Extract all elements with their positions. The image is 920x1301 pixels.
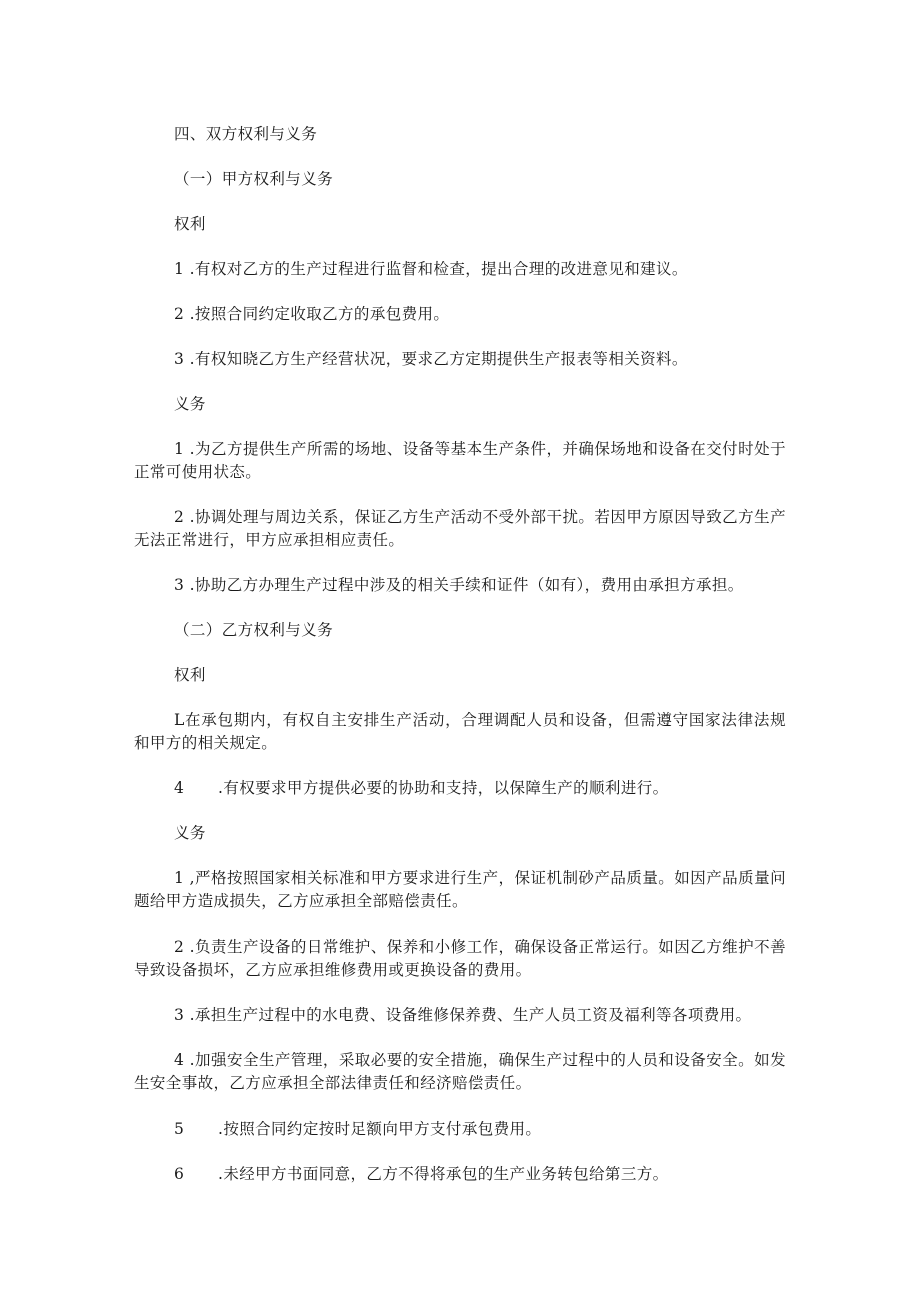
party-b-obligation-1: 1 ,严格按照国家相关标准和甲方要求进行生产，保证机制砂产品质量。如因产品质量问… [134, 867, 786, 913]
subsection-heading-party-b: （二）乙方权利与义务 [134, 619, 786, 642]
party-a-right-2: 2 .按照合同约定收取乙方的承包费用。 [134, 303, 786, 326]
subsection-heading-party-a: （一）甲方权利与义务 [134, 168, 786, 191]
party-b-obligation-3: 3 .承担生产过程中的水电费、设备维修保养费、生产人员工资及福利等各项费用。 [134, 1004, 786, 1027]
party-b-obligation-4: 4 .加强安全生产管理，采取必要的安全措施，确保生产过程中的人员和设备安全。如发… [134, 1049, 786, 1095]
party-b-right-1: L在承包期内，有权自主安排生产活动，合理调配人员和设备，但需遵守国家法律法规和甲… [134, 709, 786, 755]
party-b-obligation-5: 5.按照合同约定按时足额向甲方支付承包费用。 [134, 1118, 786, 1141]
item-number: 5 [174, 1118, 218, 1141]
item-text: .未经甲方书面同意，乙方不得将承包的生产业务转包给第三方。 [218, 1165, 669, 1183]
label-party-b-obligations: 义务 [134, 822, 786, 845]
label-party-b-rights: 权利 [134, 664, 786, 687]
item-text: .按照合同约定按时足额向甲方支付承包费用。 [218, 1120, 541, 1138]
party-a-obligation-2: 2 .协调处理与周边关系，保证乙方生产活动不受外部干扰。若因甲方原因导致乙方生产… [134, 506, 786, 552]
party-a-obligation-1: 1 .为乙方提供生产所需的场地、设备等基本生产条件，并确保场地和设备在交付时处于… [134, 438, 786, 484]
party-a-obligation-3: 3 .协助乙方办理生产过程中涉及的相关手续和证件（如有），费用由承担方承担。 [134, 574, 786, 597]
party-a-right-3: 3 .有权知晓乙方生产经营状况，要求乙方定期提供生产报表等相关资料。 [134, 348, 786, 371]
section-heading-rights-obligations: 四、双方权利与义务 [134, 123, 786, 146]
label-party-a-rights: 权利 [134, 213, 786, 236]
party-b-obligation-2: 2 .负责生产设备的日常维护、保养和小修工作，确保设备正常运行。如因乙方维护不善… [134, 936, 786, 982]
item-number: 4 [174, 777, 218, 800]
label-party-a-obligations: 义务 [134, 393, 786, 416]
item-text: .有权要求甲方提供必要的协助和支持，以保障生产的顺利进行。 [218, 779, 669, 797]
party-b-right-4: 4.有权要求甲方提供必要的协助和支持，以保障生产的顺利进行。 [134, 777, 786, 800]
party-b-obligation-6: 6.未经甲方书面同意，乙方不得将承包的生产业务转包给第三方。 [134, 1163, 786, 1186]
item-number: 6 [174, 1163, 218, 1186]
party-a-right-1: 1 .有权对乙方的生产过程进行监督和检查，提出合理的改进意见和建议。 [134, 258, 786, 281]
